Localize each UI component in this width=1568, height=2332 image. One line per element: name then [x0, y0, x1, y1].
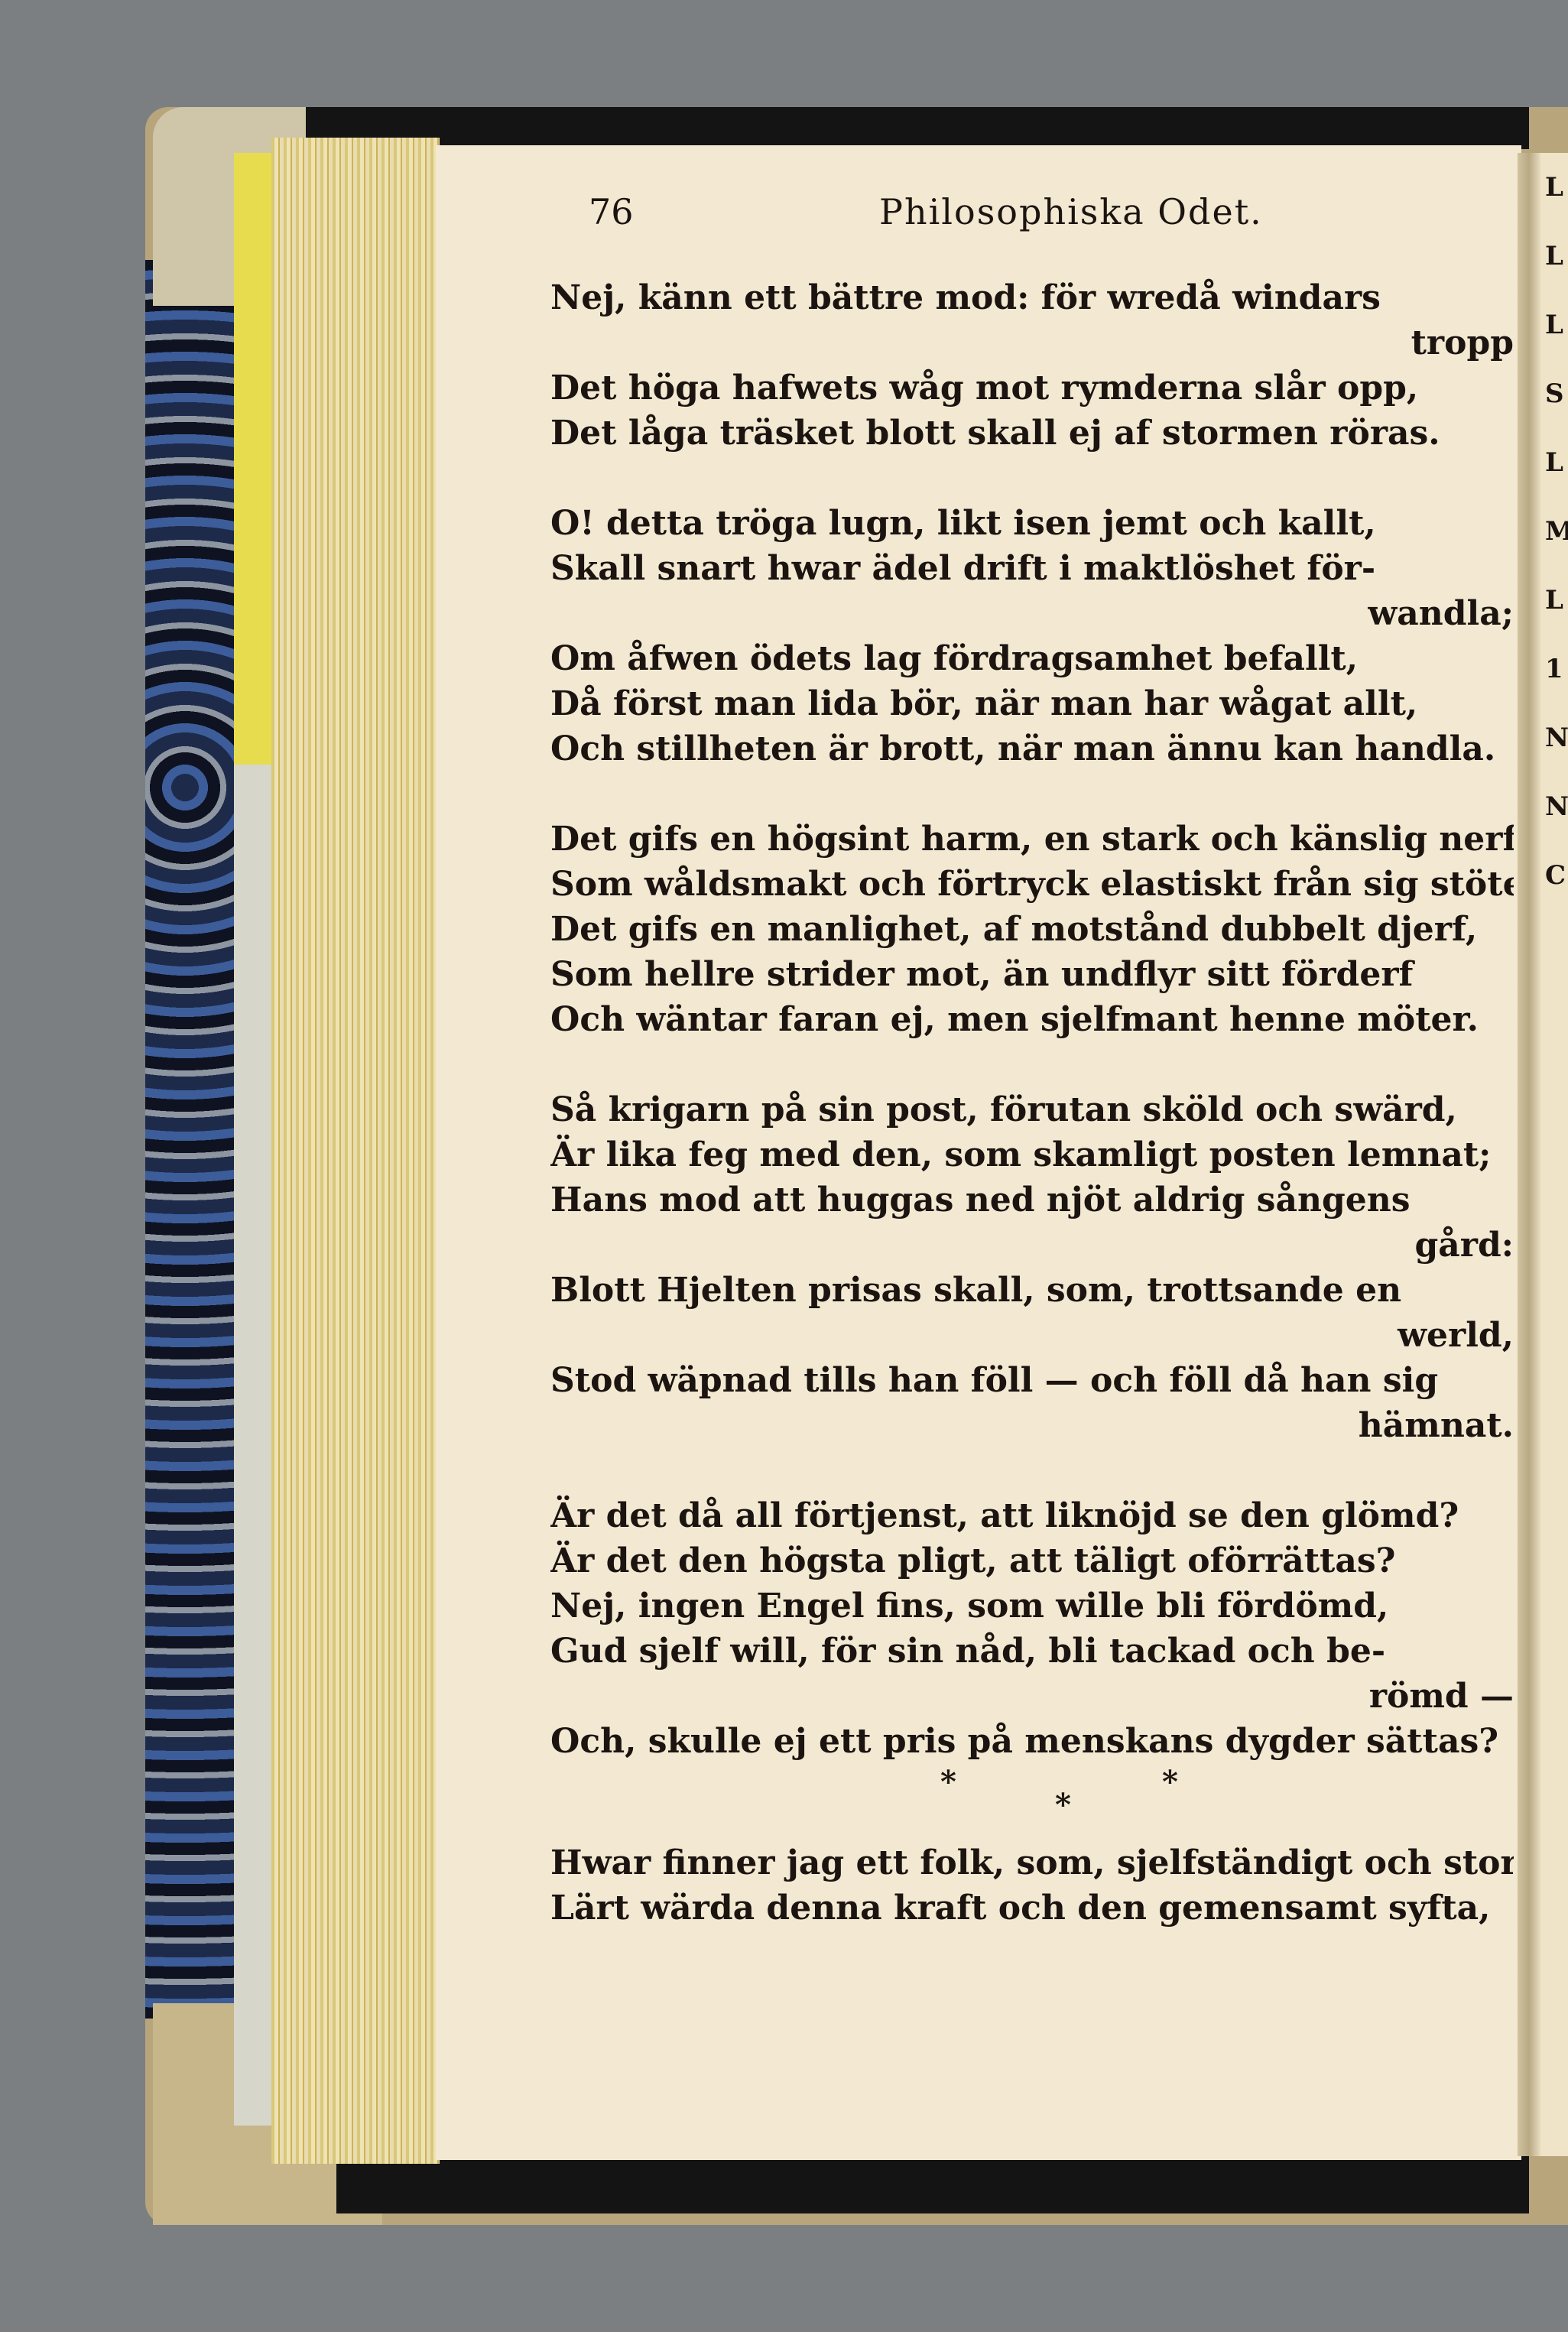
facing-page-glyph: S [1545, 359, 1568, 428]
verse-line: O! detta tröga lugn, likt isen jemt och … [550, 501, 1514, 546]
facing-page-edge: L L L S L M L 1 N N C [1540, 153, 1568, 2156]
verse-line: Så krigarn på sin post, förutan sköld oc… [550, 1087, 1514, 1132]
verse-line: Nej, känn ett bättre mod: för wredå wind… [550, 275, 1514, 320]
stanza-gap [550, 456, 1514, 501]
stanza-final: Hwar finner jag ett folk, som, sjelfstän… [550, 1840, 1514, 1931]
facing-page-glyph: N [1545, 703, 1568, 772]
facing-page-glyph: L [1545, 153, 1568, 222]
facing-page-glyph: L [1545, 566, 1568, 635]
page-number: 76 [589, 191, 634, 232]
stanza-gap [550, 1042, 1514, 1087]
facing-page-glyph: L [1545, 222, 1568, 291]
verse-line: Är lika feg med den, som skamligt posten… [550, 1132, 1514, 1177]
asterisk-icon: * [1055, 1787, 1071, 1823]
facing-page-glyph: M [1545, 497, 1568, 566]
binding-top-edge [306, 107, 1529, 149]
verse-line-continuation: werld, [550, 1313, 1514, 1358]
verse-line: Nej, ingen Engel fins, som wille bli för… [550, 1583, 1514, 1629]
verse-line-continuation: tropp [550, 320, 1514, 365]
stanza-gap [550, 771, 1514, 817]
verse-line: Och stillheten är brott, när man ännu ka… [550, 726, 1514, 771]
stanza-5: Är det då all förtjenst, att liknöjd se … [550, 1493, 1514, 1764]
asterisk-icon: * [940, 1764, 956, 1800]
verse-line: Hans mod att huggas ned njöt aldrig sång… [550, 1177, 1514, 1223]
verse-line: Blott Hjelten prisas skall, som, trottsa… [550, 1268, 1514, 1313]
stanza-1: Nej, känn ett bättre mod: för wredå wind… [550, 275, 1514, 456]
facing-page-glyph: 1 [1545, 635, 1568, 703]
asterisk-icon: * [1162, 1764, 1178, 1800]
page-edges-stack [271, 138, 440, 2164]
marbled-cover-paper [145, 260, 245, 2019]
verse-line: Som wåldsmakt och förtryck elastiskt frå… [550, 862, 1514, 907]
page-header: 76 Philosophiska Odet. [589, 191, 1529, 245]
book-gutter [1518, 153, 1540, 2156]
verse-line: Gud sjelf will, för sin nåd, bli tackad … [550, 1629, 1514, 1674]
facing-page-glyph: C [1545, 841, 1568, 910]
verse-line: Hwar finner jag ett folk, som, sjelfstän… [550, 1840, 1514, 1885]
verse-line: Skall snart hwar ädel drift i maktlöshet… [550, 546, 1514, 591]
verse-line: Och wäntar faran ej, men sjelfmant henne… [550, 997, 1514, 1042]
verse-line: Det gifs en högsint harm, en stark och k… [550, 817, 1514, 862]
facing-page-glyph: L [1545, 428, 1568, 497]
facing-page-glyph: N [1545, 772, 1568, 841]
verse-line: Stod wäpnad tills han föll — och föll då… [550, 1358, 1514, 1403]
verse-line: Och, skulle ej ett pris på menskans dygd… [550, 1719, 1514, 1764]
verse-line: Lärt wärda denna kraft och den gemensamt… [550, 1885, 1514, 1931]
stanza-3: Det gifs en högsint harm, en stark och k… [550, 817, 1514, 1042]
verse-line-continuation: römd — [550, 1674, 1514, 1719]
facing-page-glyph: L [1545, 291, 1568, 359]
verse-line: Då först man lida bör, när man har wågat… [550, 681, 1514, 726]
verse-line: Om åfwen ödets lag fördragsamhet befallt… [550, 636, 1514, 681]
stanza-4: Så krigarn på sin post, förutan sköld oc… [550, 1087, 1514, 1448]
asterism-separator: * * * [550, 1764, 1514, 1840]
stanza-gap [550, 1448, 1514, 1493]
stanza-2: O! detta tröga lugn, likt isen jemt och … [550, 501, 1514, 771]
verse-line: Det höga hafwets wåg mot rymderna slår o… [550, 365, 1514, 411]
running-title: Philosophiska Odet. [879, 191, 1263, 232]
yellow-bookmark-ribbon [234, 153, 274, 765]
verse-line: Som hellre strider mot, än undflyr sitt … [550, 952, 1514, 997]
verse-line-continuation: gård: [550, 1223, 1514, 1268]
verse-line: Det gifs en manlighet, af motstånd dubbe… [550, 907, 1514, 952]
poem-body: Nej, känn ett bättre mod: för wredå wind… [550, 275, 1514, 1931]
verse-line: Det låga träsket blott skall ej af storm… [550, 411, 1514, 456]
endpaper-strip [234, 765, 274, 2126]
verse-line: Är det då all förtjenst, att liknöjd se … [550, 1493, 1514, 1538]
verse-line-continuation: wandla; [550, 591, 1514, 636]
verse-line-continuation: hämnat. [550, 1403, 1514, 1448]
verse-line: Är det den högsta pligt, att täligt oför… [550, 1538, 1514, 1583]
binding-bottom-edge [336, 2152, 1529, 2213]
